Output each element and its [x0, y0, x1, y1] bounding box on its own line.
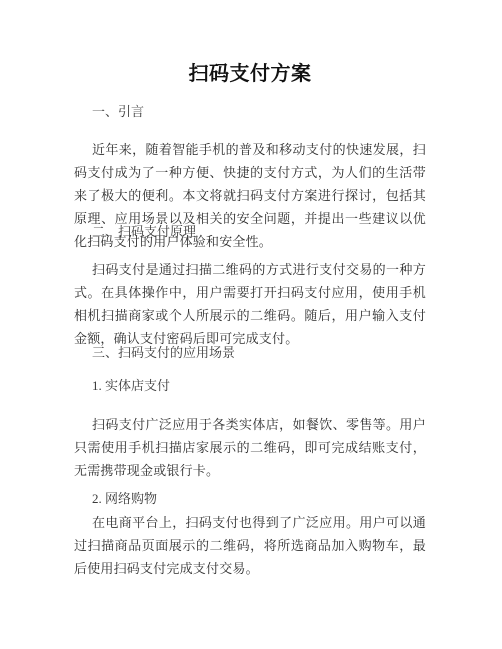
document-title: 扫码支付方案: [74, 58, 426, 88]
subsection-heading-online-shopping: 2. 网络购物: [92, 489, 157, 509]
subsection-heading-physical-store: 1. 实体店支付: [92, 376, 170, 396]
section-heading-introduction: 一、引言: [92, 102, 144, 122]
paragraph-principle: 扫码支付是通过扫描二维码的方式进行支付交易的一种方式。在具体操作中，用户需要打开…: [74, 258, 426, 350]
section-heading-principle: 二、扫码支付原理: [92, 222, 196, 242]
paragraph-online-shopping: 在电商平台上，扫码支付也得到了广泛应用。用户可以通过扫描商品页面展示的二维码，将…: [74, 511, 426, 580]
section-heading-scenarios: 三、扫码支付的应用场景: [92, 343, 235, 363]
paragraph-physical-store: 扫码支付广泛应用于各类实体店，如餐饮、零售等。用户只需使用手机扫描店家展示的二维…: [74, 413, 426, 482]
